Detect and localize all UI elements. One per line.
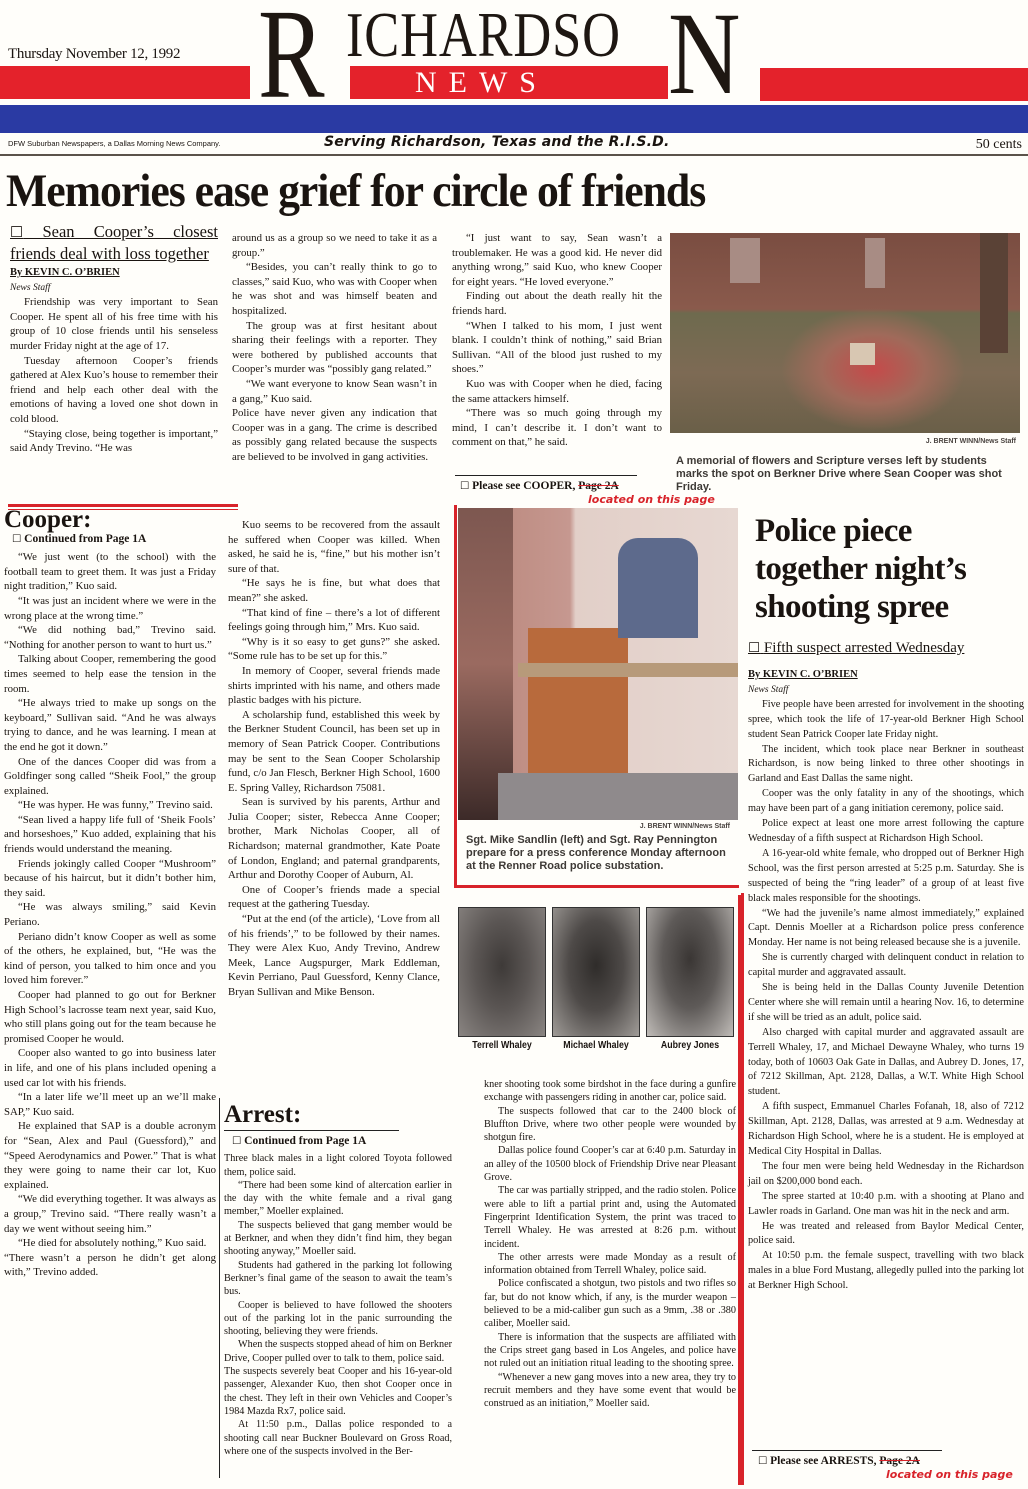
paragraph: “He always tried to make up songs on the… [4,696,216,754]
price: 50 cents [976,137,1022,153]
podium [528,628,628,773]
paragraph: She is currently charged with delinquent… [748,951,1024,981]
paragraph: Students had gathered in the parking lot… [224,1259,452,1299]
press-photo-credit: J. BRENT WINN/News Staff [560,823,730,830]
paragraph: A fifth suspect, Emmanuel Charles Fofana… [748,1100,1024,1160]
paragraph: One of the dances Cooper did was from a … [4,755,216,799]
mugshot-michael-whaley [552,907,640,1037]
bullet-box-icon: ☐ [232,1135,241,1147]
lead-story-col-1: ☐ Sean Cooper’s closest friends deal wit… [10,221,218,456]
paragraph: “We did everything together. It was alwa… [4,1192,216,1236]
press-photo-caption: Sgt. Mike Sandlin (left) and Sgt. Ray Pe… [466,834,736,873]
paragraph: The suspects believed that gang member w… [224,1219,452,1259]
paragraph: “Put at the end (of the article), ‘Love … [228,912,440,1000]
jump-rule [752,1450,942,1451]
masthead-title-middle: ICHARDSO [346,4,621,66]
continued-label: ☐ Continued from Page 1A [232,1135,452,1148]
masthead-rule [0,154,1028,156]
paragraph: Cooper had planned to go out for Berkner… [4,988,216,1046]
police-story-headline: Police piece together night’s shooting s… [755,512,1025,626]
police-story-deck: ☐ Fifth suspect arrested Wednesday [748,640,1026,657]
jump-rule [455,475,637,476]
paragraph: The spree started at 10:40 p.m. with a s… [748,1190,1024,1220]
publisher-line: DFW Suburban Newspapers, a Dallas Mornin… [8,139,220,148]
masthead-red-band-right [760,68,1028,101]
masthead-red-band-left [0,66,250,99]
paragraph: Five people have been arrested for invol… [748,698,1024,743]
main-headline: Memories ease grief for circle of friend… [6,164,705,218]
paragraph: Also charged with capital murder and agg… [748,1026,1024,1101]
lead-story-col-2: around us as a group so we need to take … [232,231,437,465]
paragraph: around us as a group so we need to take … [232,231,437,260]
issue-date: Thursday November 12, 1992 [8,46,180,63]
paragraph: Cooper also wanted to go into business l… [4,1046,216,1090]
paragraph: Periano didn’t know Cooper as well as so… [4,930,216,988]
paragraph: Police confiscated a shotgun, two pistol… [484,1277,736,1330]
paragraph: A 16-year-old white female, who dropped … [748,847,1024,907]
mugshot-aubrey-jones [646,907,734,1037]
cooper-jump-link[interactable]: ☐ Please see COOPER, Page 2A [460,480,619,492]
mugshot-name: Michael Whaley [557,1040,634,1051]
paragraph: Kuo seems to be recovered from the assau… [228,518,440,576]
paragraph: Cooper was the only fatality in any of t… [748,787,1024,817]
memorial-photo [670,233,1020,433]
paragraph: At 10:50 p.m. the female suspect, travel… [748,1249,1024,1294]
column-rule [219,1098,220,1478]
located-note: located on this page [588,493,715,506]
paragraph: “He says he is fine, but what does that … [228,576,440,605]
paragraph: Finding out about the death really hit t… [452,289,662,318]
masthead-title-final: N [668,4,740,104]
arrest-continued-col-1: Arrest: ☐ Continued from Page 1A Three b… [224,1100,452,1458]
continued-label: ☐ Continued from Page 1A [12,532,216,547]
paragraph: Friendship was very important to Sean Co… [10,295,218,353]
paragraph: “There had been some kind of altercation… [224,1179,452,1219]
paragraph: Police have never given any indication t… [232,406,437,464]
masthead-title-initial: R [258,0,325,108]
suspect-mugshots: Terrell Whaley Michael Whaley Aubrey Jon… [458,907,738,1052]
paragraph: “We just went (to the school) with the f… [4,550,216,594]
paragraph: One of Cooper’s friends made a special r… [228,883,440,912]
paragraph: In memory of Cooper, several friends mad… [228,664,440,708]
paragraph: “There wasn’t a person he didn’t get alo… [4,1251,216,1280]
bullet-box-icon: ☐ [748,640,760,656]
mugshot-name: Aubrey Jones [651,1040,728,1051]
paragraph: Cooper is believed to have followed the … [224,1299,452,1339]
cooper-continued-col-2: Kuo seems to be recovered from the assau… [228,518,440,1000]
paragraph: “He was always smiling,” said Kevin Peri… [4,900,216,929]
cooper-heading: Cooper: [4,513,216,528]
paragraph: kner shooting took some birdshot in the … [484,1078,736,1105]
bullet-box-icon: ☐ [10,223,23,241]
paragraph: “Whenever a new gang moves into a new ar… [484,1371,736,1411]
police-byline: By KEVIN C. O’BRIEN [748,668,1024,683]
bullet-box-icon: ☐ [758,1455,767,1467]
paragraph: Sean is survived by his parents, Arthur … [228,795,440,883]
paragraph: The suspects followed that car to the 24… [484,1105,736,1145]
paragraph: “When I talked to his mom, I just went b… [452,319,662,377]
police-staff-label: News Staff [748,683,1024,698]
bullet-box-icon: ☐ [460,480,469,492]
paragraph: Tuesday afternoon Cooper’s friends gathe… [10,354,218,427]
paragraph: “Besides, you can’t really think to go t… [232,260,437,318]
paragraph: Friends jokingly called Cooper “Mushroom… [4,857,216,901]
paragraph: Kuo was with Cooper when he died, facing… [452,377,662,406]
paragraph: The suspects severely beat Cooper and hi… [224,1365,452,1418]
arrests-jump-link[interactable]: ☐ Please see ARRESTS, Page 2A [758,1455,920,1467]
paragraph: The group was at first hesitant about sh… [232,319,437,377]
paragraph: He was treated and released from Baylor … [748,1220,1024,1250]
paragraph: “We did nothing bad,” Trevino said. “Not… [4,623,216,652]
paragraph: A scholarship fund, established this wee… [228,708,440,796]
memorial-photo-credit: J. BRENT WINN/News Staff [820,438,1016,445]
mugshot-name: Terrell Whaley [463,1040,540,1051]
paragraph: “In a later life we’ll meet up an we’ll … [4,1090,216,1119]
paragraph: “I just want to say, Sean wasn’t a troub… [452,231,662,289]
masthead-blue-band [0,105,1028,133]
paragraph: The incident, which took place near Berk… [748,743,1024,788]
press-conference-photo [458,508,738,820]
lead-story-col-3: “I just want to say, Sean wasn’t a troub… [452,231,662,450]
paragraph: Three black males in a light colored Toy… [224,1152,452,1179]
paragraph: The other arrests were made Monday as a … [484,1251,736,1278]
paragraph: “That kind of fine – there’s a lot of di… [228,606,440,635]
paragraph: Talking about Cooper, remembering the go… [4,652,216,696]
paragraph: At 11:50 p.m., Dallas police responded t… [224,1418,452,1458]
mugshot-terrell-whaley [458,907,546,1037]
paragraph: She is being held in the Dallas County J… [748,981,1024,1026]
lead-staff-label: News Staff [10,281,218,296]
arrest-continued-col-2: kner shooting took some birdshot in the … [484,1078,736,1410]
lead-story-deck: ☐ Sean Cooper’s closest friends deal wit… [10,221,218,264]
paragraph: The car was partially stripped, and the … [484,1184,736,1250]
paragraph: “He died for absolutely nothing,” Kuo sa… [4,1236,216,1251]
paragraph: Dallas police found Cooper’s car at 6:40… [484,1144,736,1184]
paragraph: “It was just an incident where we were i… [4,594,216,623]
located-note: located on this page [886,1468,1013,1481]
arrest-heading: Arrest: [224,1100,452,1130]
paragraph: The four men were being held Wednesday i… [748,1160,1024,1190]
paragraph: “There was so much going through my mind… [452,406,662,450]
paragraph: Police expect at least one more arrest f… [748,817,1024,847]
tagline: Serving Richardson, Texas and the R.I.S.… [324,134,670,150]
paragraph: “Why is it so easy to get guns?” she ask… [228,635,440,664]
paragraph: “We had the juvenile’s name almost immed… [748,907,1024,952]
cooper-continued-col-1: Cooper: ☐ Continued from Page 1A “We jus… [4,513,216,1280]
police-story-body: By KEVIN C. O’BRIEN News Staff Five peop… [748,666,1024,1294]
paragraph: “Staying close, being together is import… [10,427,218,456]
paragraph: “Sean lived a happy life full of ‘Sheik … [4,813,216,857]
paragraph: He explained that SAP is a double acrony… [4,1119,216,1192]
paragraph: “He was hyper. He was funny,” Trevino sa… [4,798,216,813]
paragraph: “We want everyone to know Sean wasn’t in… [232,377,437,406]
column-rule-red [741,893,744,1485]
paragraph: There is information that the suspects a… [484,1331,736,1371]
lead-byline: By KEVIN C. O’BRIEN [10,266,218,281]
masthead-subtitle: NEWS [415,66,548,100]
memorial-photo-caption: A memorial of flowers and Scripture vers… [676,455,1020,494]
bullet-box-icon: ☐ [12,533,21,545]
paragraph: When the suspects stopped ahead of him o… [224,1338,452,1365]
